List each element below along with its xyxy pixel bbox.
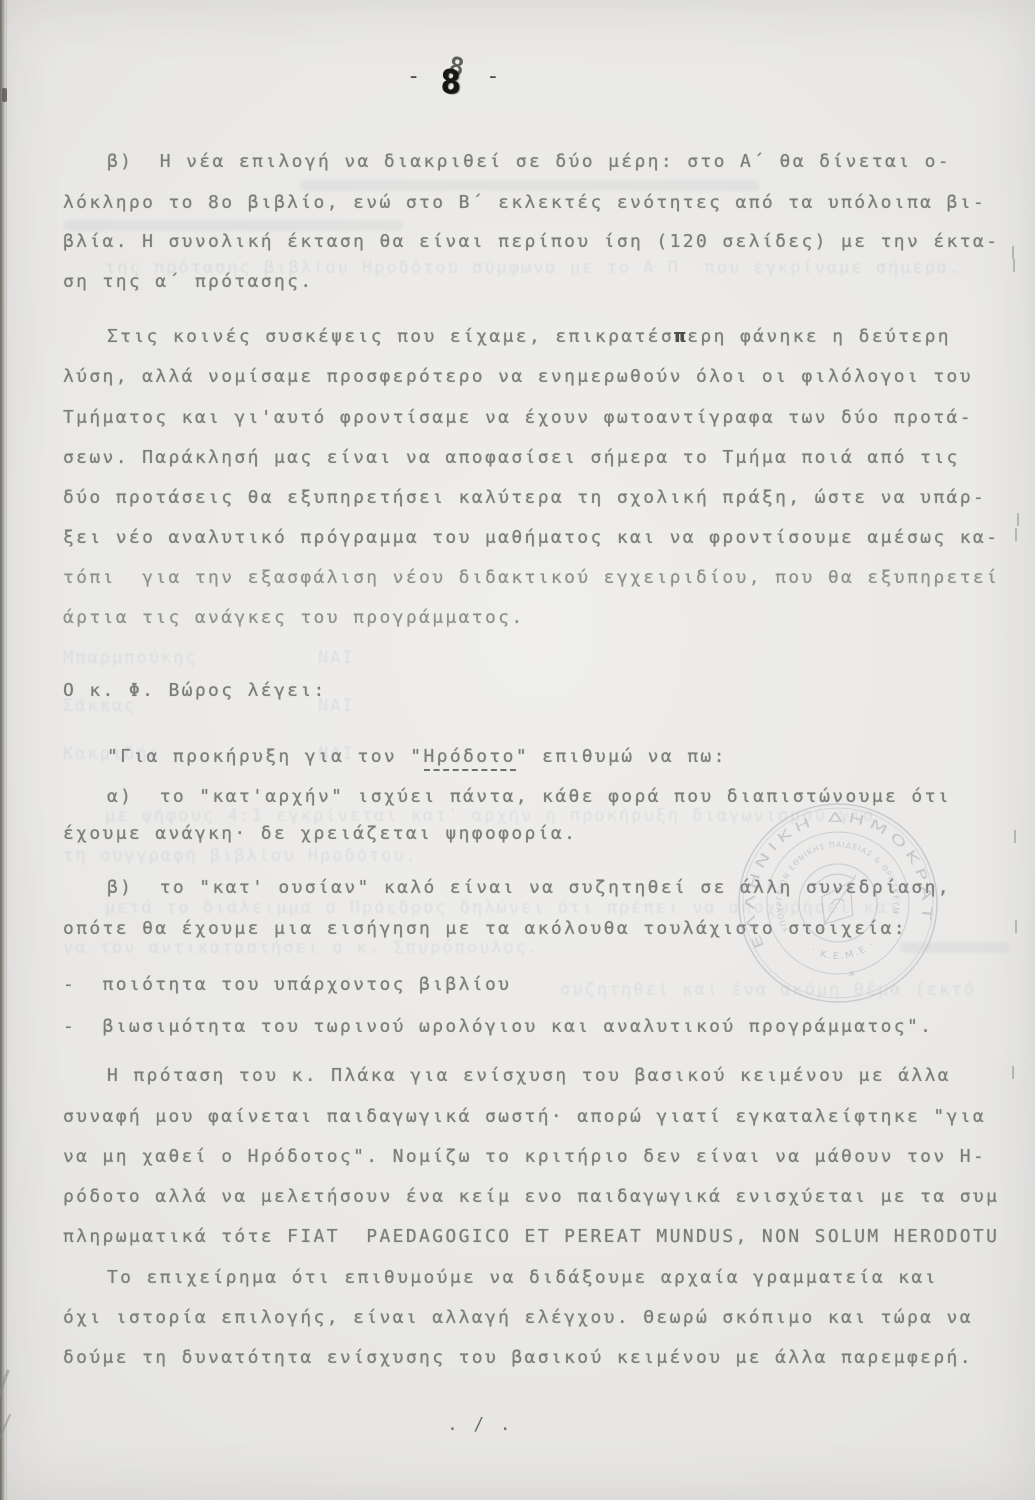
ghost-text-line: να τον αντικαταστήσει ο κ. Σπυρόπουλος. <box>63 938 540 958</box>
ghost-text-line: Μπαρμπούκης <box>63 648 198 668</box>
continuation-mark: . / . <box>447 1414 513 1435</box>
margin-mark <box>1015 920 1017 933</box>
text-line: να μη χαθεί ο Ηρόδοτος". Νομίζω το κριτή… <box>63 1146 986 1167</box>
ghost-text-line: ΝΑΙ <box>318 648 355 668</box>
margin-mark <box>1014 830 1016 843</box>
scan-edge-tick <box>2 88 7 102</box>
text-line: πληρωματικά τότε FIAT PAEDAGOGICO ET PER… <box>63 1226 999 1247</box>
margin-mark <box>1015 528 1017 541</box>
text-line: δύο προτάσεις θα εξυπηρετήσει καλύτερα τ… <box>63 487 986 508</box>
text-line: Στις κοινές συσκέψεις που είχαμε, επικρα… <box>107 326 951 347</box>
page-number-dash-left: - <box>407 62 420 92</box>
scanned-page: - 8 8 - της πρότασης βιβλίου Ηροδότου σύ… <box>0 0 1035 1500</box>
official-stamp: ΕΛΛΗΝΙΚΗ ΔΗΜΟΚΡΑΤΙΑ ΥΠΟΥΡΓΕΙΟΝ ΕΘΝΙΚΗΣ Π… <box>735 799 941 1007</box>
margin-mark <box>1017 513 1019 526</box>
margin-mark <box>1013 259 1015 272</box>
text-line: δούμε τη δυνατότητα ενίσχυσης του βασικο… <box>63 1347 973 1368</box>
text-line: σεων. Παράκλησή μας είναι να αποφασίσει … <box>63 447 960 468</box>
ghost-text-line: τη συγγραφή βιβλίου Ηροδότου. <box>63 846 418 866</box>
text-line: Τμήματος και γι'αυτό φροντίσαμε να έχουν… <box>63 407 973 428</box>
ghost-smudge <box>63 220 403 231</box>
stamp-outer-text: ΕΛΛΗΝΙΚΗ ΔΗΜΟΚΡΑΤΙΑ <box>735 799 939 964</box>
digit: 8 <box>440 62 460 101</box>
margin-mark <box>1012 1066 1014 1079</box>
text-line: λόκληρο το 8ο βιβλίο, ενώ στο Β΄ εκλεκτέ… <box>63 192 986 213</box>
text-line: συναφή μου φαίνεται παιδαγωγικά σωστή· α… <box>63 1106 986 1127</box>
text-line: "Για προκήρυξη για τον "Ηρόδοτο" επιθυμώ… <box>107 746 727 767</box>
scan-edge-line <box>6 0 7 1500</box>
overstruck-char: π <box>674 326 687 347</box>
text-line: τόπι για την εξασφάλιση νέου διδακτικού … <box>63 567 999 588</box>
text-line: - ποιότητα του υπάρχοντος βιβλίου <box>63 974 511 995</box>
underlined-word: Ηρόδοτο <box>424 746 516 771</box>
stamp-emblem <box>810 870 865 931</box>
page-number: - 8 8 - <box>407 62 500 106</box>
ghost-smudge <box>300 180 760 191</box>
text-line: - βιωσιμότητα του τωρινού ωρολόγιου και … <box>63 1016 933 1037</box>
text-line: ρόδοτο αλλά να μελετήσουν ένα κείμ ενο π… <box>63 1186 999 1207</box>
margin-mark <box>1012 246 1014 259</box>
text-line: άρτια τις ανάγκες του προγράμματος. <box>63 607 525 628</box>
text-line: βλία. Η συνολική έκταση θα είναι περίπου… <box>63 231 999 252</box>
stamp-asterisk: * <box>847 968 857 985</box>
text-line: Ο κ. Φ. Βώρος λέγει: <box>63 680 327 701</box>
text-line: Η πρόταση του κ. Πλάκα για ενίσχυση του … <box>107 1065 951 1086</box>
text-line: λύση, αλλά νομίσαμε προσφερότερο να ενημ… <box>63 366 973 387</box>
text-line: Το επιχείρημα ότι επιθυμούμε να διδάξουμ… <box>107 1267 938 1288</box>
text-line: ξει νέο αναλυτικό πρόγραμμα του μαθήματο… <box>63 527 999 548</box>
text-line: ση της α΄ πρότασης. <box>63 271 314 292</box>
text-line: έχουμε ανάγκη· δε χρειάζεται ψηφοφορία. <box>63 823 577 844</box>
stamp-keme-text: · Κ.Ε.Μ.Ε · <box>808 934 880 969</box>
page-number-digit: 8 8 <box>436 62 470 106</box>
page-number-dash-right: - <box>486 62 499 92</box>
text-line: β) Η νέα επιλογή να διακριθεί σε δύο μέρ… <box>107 151 951 172</box>
text-line: όχι ιστορία επιλογής, είναι αλλαγή ελέγχ… <box>63 1307 973 1328</box>
